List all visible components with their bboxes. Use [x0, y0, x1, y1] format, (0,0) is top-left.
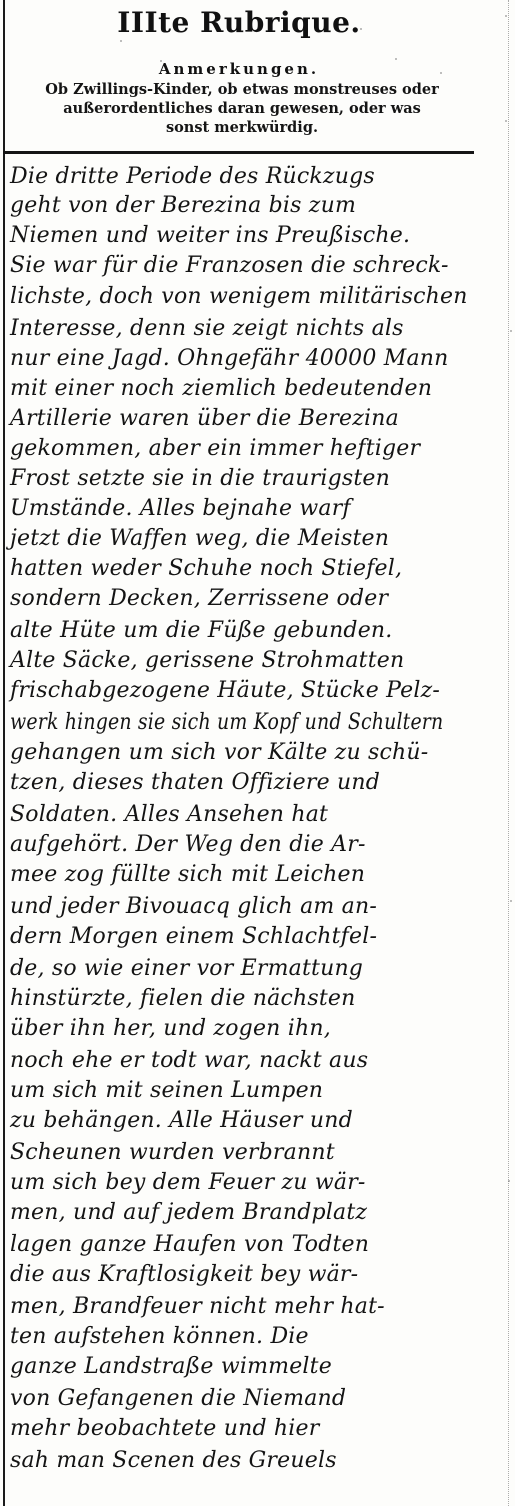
- handwritten-line: sondern Decken, Zerrissene oder: [10, 586, 388, 611]
- rubric-title: IIIte Rubrique.: [5, 6, 473, 39]
- document-page: IIIte Rubrique. Anmerkungen. Ob Zwilling…: [0, 0, 515, 1506]
- handwritten-line: men, Brandfeuer nicht mehr hat-: [10, 1294, 385, 1319]
- handwritten-line: men, und auf jedem Brandplatz: [10, 1200, 367, 1225]
- handwritten-line: lichste, doch von wenigem militärischen: [10, 284, 468, 309]
- handwritten-line: ganze Landstraße wimmelte: [10, 1354, 332, 1379]
- handwritten-line: alte Hüte um die Füße gebunden.: [10, 618, 393, 643]
- handwritten-line: um sich mit seinen Lumpen: [10, 1078, 323, 1103]
- handwritten-line: lagen ganze Haufen von Todten: [10, 1232, 369, 1257]
- handwritten-line: werk hingen sie sich um Kopf und Schulte…: [10, 710, 443, 735]
- handwritten-line: Alte Säcke, gerissene Strohmatten: [10, 648, 404, 673]
- handwritten-line: über ihn her, und zogen ihn,: [10, 1016, 331, 1041]
- rubric-subtitle: Anmerkungen.: [5, 60, 473, 78]
- handwritten-line: zu behängen. Alle Häuser und: [10, 1108, 353, 1133]
- left-margin-rule: [3, 0, 5, 1506]
- handwritten-line: gekommen, aber ein immer heftiger: [10, 436, 420, 461]
- handwritten-line: de, so wie einer vor Ermattung: [10, 956, 363, 981]
- handwritten-line: sah man Scenen des Greuels: [10, 1448, 337, 1473]
- printed-header: IIIte Rubrique. Anmerkungen. Ob Zwilling…: [5, 0, 473, 150]
- handwritten-line: dern Morgen einem Schlachtfel-: [10, 924, 377, 949]
- handwritten-line: jetzt die Waffen weg, die Meisten: [10, 526, 389, 551]
- handwritten-line: gehangen um sich vor Kälte zu schü-: [10, 740, 428, 765]
- handwritten-line: ten aufstehen können. Die: [10, 1324, 309, 1349]
- handwritten-line: aufgehört. Der Weg den die Ar-: [10, 832, 366, 857]
- handwritten-line: Die dritte Periode des Rückzugs: [10, 164, 375, 189]
- handwritten-line: noch ehe er todt war, nackt aus: [10, 1048, 368, 1073]
- rubric-description: Ob Zwillings-Kinder, ob etwas monstreuse…: [5, 80, 479, 137]
- handwritten-line: Artillerie waren über die Berezina: [10, 406, 399, 431]
- handwritten-line: und jeder Bivouacq glich am an-: [10, 894, 377, 919]
- right-edge-rule: [508, 0, 510, 1506]
- handwritten-line: Frost setzte sie in die traurigsten: [10, 466, 390, 491]
- handwritten-line: hatten weder Schuhe noch Stiefel,: [10, 556, 402, 581]
- header-divider: [3, 151, 474, 154]
- handwritten-line: tzen, dieses thaten Offiziere und: [10, 770, 380, 795]
- handwritten-line: mit einer noch ziemlich bedeutenden: [10, 376, 432, 401]
- description-line: Ob Zwillings-Kinder, ob etwas monstreuse…: [5, 80, 479, 99]
- handwritten-line: Soldaten. Alles Ansehen hat: [10, 802, 328, 827]
- handwritten-line: frischabgezogene Häute, Stücke Pelz-: [10, 678, 440, 703]
- handwritten-line: hinstürzte, fielen die nächsten: [10, 986, 355, 1011]
- handwritten-line: die aus Kraftlosigkeit bey wär-: [10, 1262, 358, 1287]
- handwritten-line: mehr beobachtete und hier: [10, 1416, 319, 1441]
- handwritten-line: geht von der Berezina bis zum: [10, 193, 356, 218]
- handwritten-line: Niemen und weiter ins Preußische.: [10, 223, 410, 248]
- handwritten-line: um sich bey dem Feuer zu wär-: [10, 1170, 366, 1195]
- handwritten-line: Sie war für die Franzosen die schreck-: [10, 253, 449, 278]
- handwritten-line: mee zog füllte sich mit Leichen: [10, 862, 365, 887]
- handwritten-line: von Gefangenen die Niemand: [10, 1386, 346, 1411]
- description-line: sonst merkwürdig.: [5, 118, 479, 137]
- handwritten-line: Scheunen wurden verbrannt: [10, 1140, 335, 1165]
- handwritten-line: Umstände. Alles bejnahe warf: [10, 496, 351, 521]
- handwritten-line: nur eine Jagd. Ohngefähr 40000 Mann: [10, 346, 449, 371]
- handwritten-line: Interesse, denn sie zeigt nichts als: [10, 316, 404, 341]
- description-line: außerordentliches daran gewesen, oder wa…: [5, 99, 479, 118]
